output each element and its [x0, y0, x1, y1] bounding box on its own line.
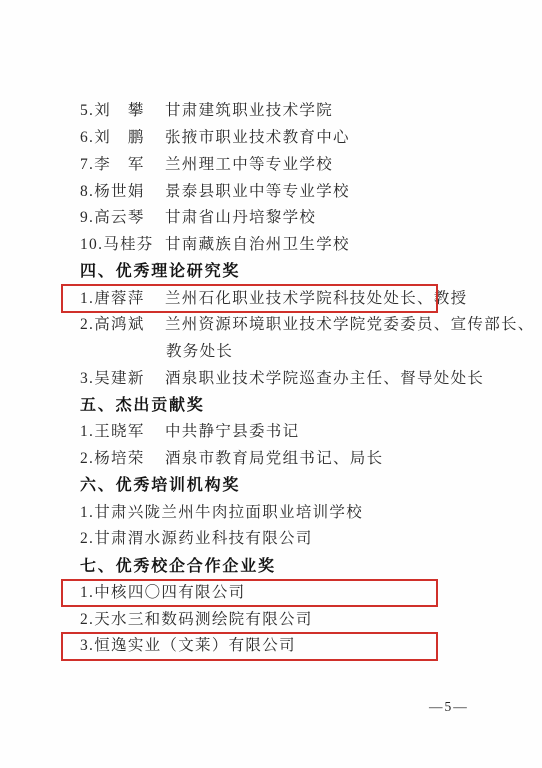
entry-institution: 甘肃建筑职业技术学院: [165, 98, 333, 120]
award-entry-highlighted: 1.唐蓉萍 兰州石化职业技术学院科技处处长、教授: [0, 283, 542, 310]
section-heading-text: 五、杰出贡献奖: [80, 392, 205, 415]
award-entry-highlighted: 3.恒逸实业（文莱）有限公司: [0, 631, 542, 658]
section-heading-4: 四、优秀理论研究奖: [0, 257, 542, 284]
award-entry: 2.高鸿斌 兰州资源环境职业技术学院党委委员、宣传部长、: [0, 310, 542, 337]
entry-institution-wrap: 教务处长: [166, 339, 233, 361]
entry-text: 2.甘肃渭水源药业科技有限公司: [80, 526, 313, 548]
award-entry-continuation: 教务处长: [0, 337, 542, 364]
award-entry: 2.杨培荣 酒泉市教育局党组书记、局长: [0, 444, 542, 471]
entry-institution: 甘南藏族自治州卫生学校: [165, 232, 350, 254]
section-heading-5: 五、杰出贡献奖: [0, 390, 542, 417]
award-entry: 2.天水三和数码测绘院有限公司: [0, 604, 542, 631]
award-entry: 2.甘肃渭水源药业科技有限公司: [0, 524, 542, 551]
entry-text: 1.甘肃兴陇兰州牛肉拉面职业培训学校: [80, 500, 363, 522]
entry-institution: 兰州资源环境职业技术学院党委委员、宣传部长、: [165, 312, 535, 334]
section-heading-text: 四、优秀理论研究奖: [80, 258, 240, 281]
section-heading-text: 六、优秀培训机构奖: [80, 472, 240, 495]
entry-institution: 景泰县职业中等专业学校: [165, 179, 350, 201]
entry-institution: 兰州石化职业技术学院科技处处长、教授: [165, 286, 467, 308]
entry-number-name: 1.王晓军: [80, 419, 165, 441]
page-number: —5—: [429, 699, 469, 715]
entry-number-name: 2.高鸿斌: [80, 312, 165, 334]
entry-institution: 酒泉职业技术学院巡查办主任、督导处处长: [165, 366, 484, 388]
award-entry: 1.王晓军 中共静宁县委书记: [0, 417, 542, 444]
entry-number-name: 3.吴建新: [80, 366, 165, 388]
award-entry: 10.马桂芬 甘南藏族自治州卫生学校: [0, 230, 542, 257]
entry-number-name: 7.李 军: [80, 152, 165, 174]
award-entry: 8.杨世娟 景泰县职业中等专业学校: [0, 176, 542, 203]
entry-text: 2.天水三和数码测绘院有限公司: [80, 607, 313, 629]
entry-institution: 张掖市职业技术教育中心: [165, 125, 350, 147]
entry-institution: 酒泉市教育局党组书记、局长: [165, 446, 383, 468]
entry-number-name: 1.唐蓉萍: [80, 286, 165, 308]
award-entry: 6.刘 鹏 张掖市职业技术教育中心: [0, 123, 542, 150]
entry-number-name: 5.刘 攀: [80, 98, 165, 120]
document-content: 5.刘 攀 甘肃建筑职业技术学院 6.刘 鹏 张掖市职业技术教育中心 7.李 军…: [0, 96, 542, 658]
entry-text: 1.中核四〇四有限公司: [80, 580, 245, 602]
award-entry: 1.甘肃兴陇兰州牛肉拉面职业培训学校: [0, 497, 542, 524]
entry-number-name: 9.高云琴: [80, 205, 165, 227]
award-entry: 9.高云琴 甘肃省山丹培黎学校: [0, 203, 542, 230]
award-entry: 3.吴建新 酒泉职业技术学院巡查办主任、督导处处长: [0, 364, 542, 391]
award-entry: 7.李 军 兰州理工中等专业学校: [0, 150, 542, 177]
entry-number-name: 2.杨培荣: [80, 446, 165, 468]
entry-text: 3.恒逸实业（文莱）有限公司: [80, 633, 296, 655]
award-entry: 5.刘 攀 甘肃建筑职业技术学院: [0, 96, 542, 123]
award-entry-highlighted: 1.中核四〇四有限公司: [0, 578, 542, 605]
section-heading-7: 七、优秀校企合作企业奖: [0, 551, 542, 578]
entry-institution: 中共静宁县委书记: [165, 419, 299, 441]
entry-number-name: 10.马桂芬: [80, 232, 165, 254]
entry-institution: 兰州理工中等专业学校: [165, 152, 333, 174]
entry-institution: 甘肃省山丹培黎学校: [165, 205, 316, 227]
entry-number-name: 8.杨世娟: [80, 179, 165, 201]
section-heading-6: 六、优秀培训机构奖: [0, 471, 542, 498]
entry-number-name: 6.刘 鹏: [80, 125, 165, 147]
document-page: 5.刘 攀 甘肃建筑职业技术学院 6.刘 鹏 张掖市职业技术教育中心 7.李 军…: [0, 0, 542, 768]
section-heading-text: 七、优秀校企合作企业奖: [80, 553, 276, 576]
